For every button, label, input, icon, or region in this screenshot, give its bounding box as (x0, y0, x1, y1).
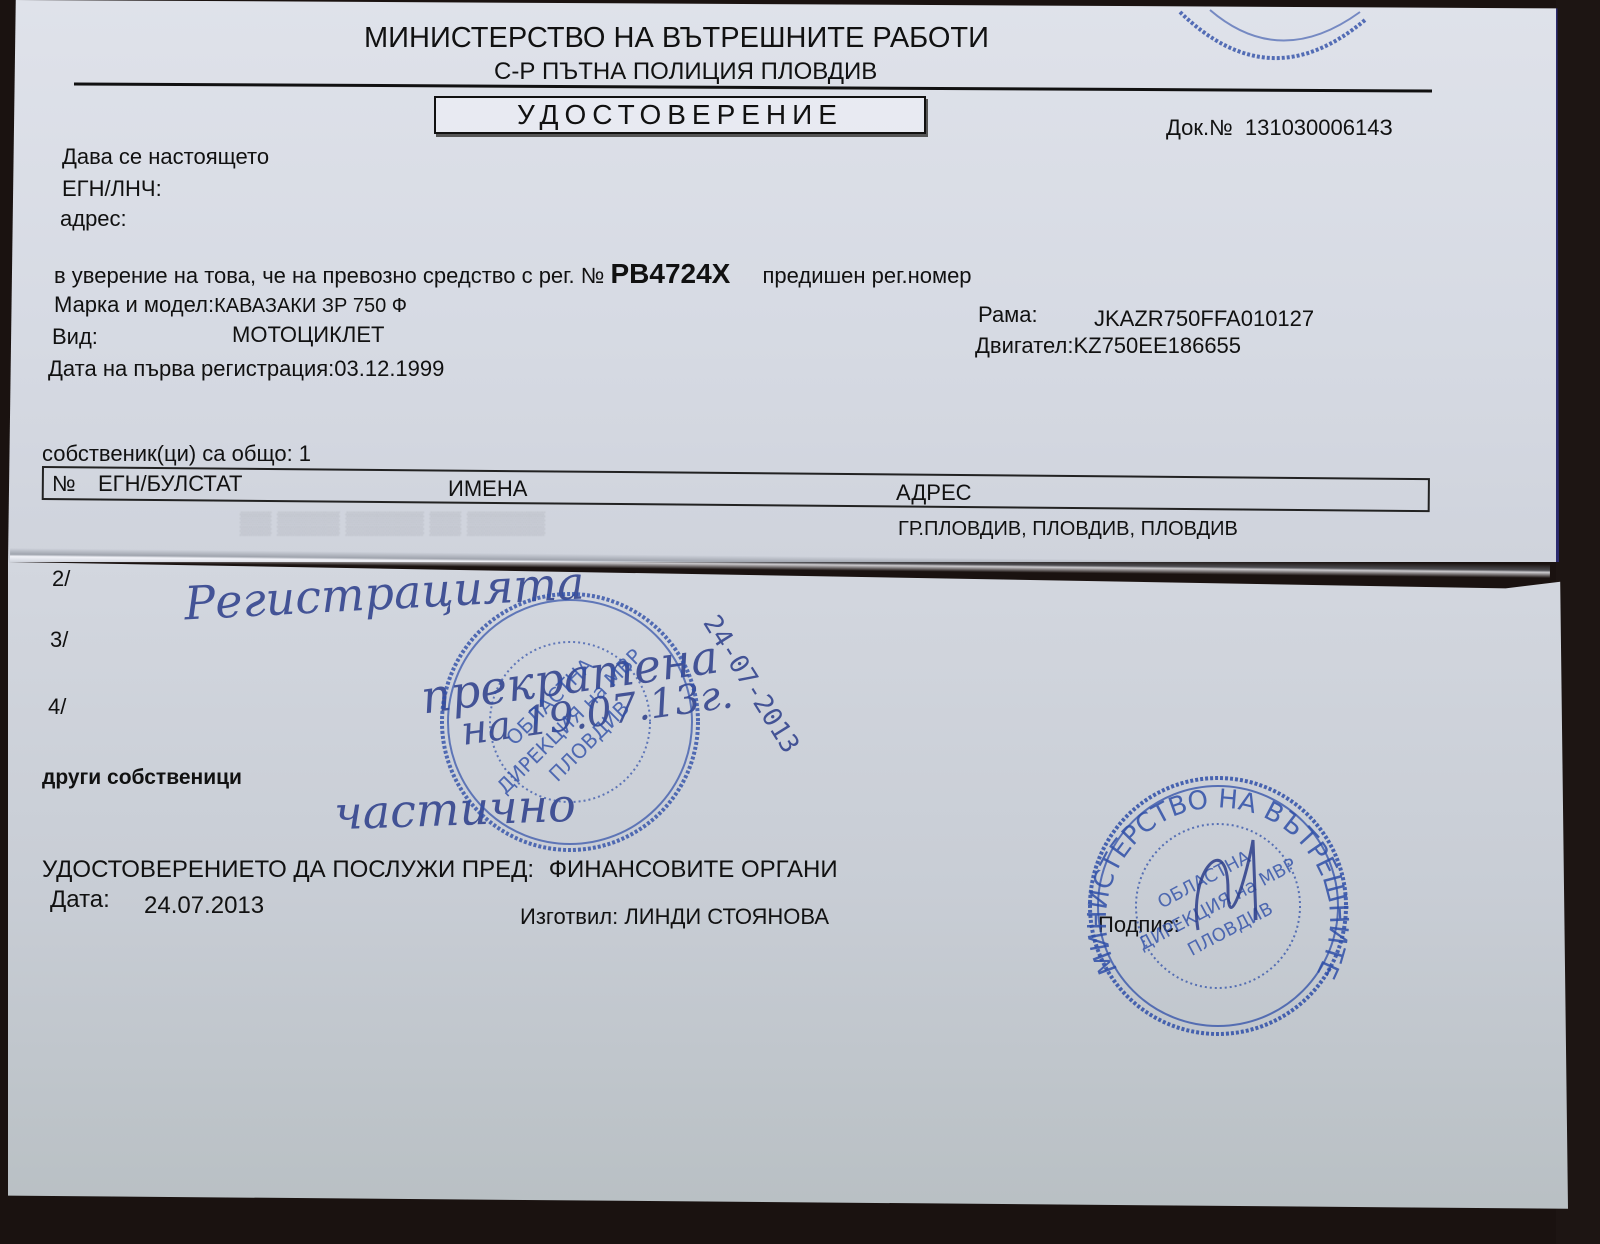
holder-given-label: Дава се настоящето (62, 144, 269, 170)
redacted-owner-data: ▒▒ ▒▒▒▒ ▒▒▒▒▒ ▒▒ ▒▒▒▒▒ (240, 510, 545, 536)
holder-egn-label: ЕГН/ЛНЧ: (62, 176, 162, 202)
official-seal-middle: ОБЛАСТНА ДИРЕКЦИЯ на МВР ПЛОВДИВ (430, 582, 710, 862)
owner-row-2: 2/ (52, 566, 70, 592)
prepared-by-row: Изготвил: ЛИНДИ СТОЯНОВА (520, 904, 829, 930)
vehicle-statement: в уверение на това, че на превозно средс… (54, 258, 972, 290)
make-model-row: Марка и модел:КАВАЗАКИ ЗР 750 Ф (54, 292, 407, 318)
owner-row-3: 3/ (50, 627, 68, 653)
frame-value: JKAZR750FFA010127 (1094, 306, 1314, 332)
owner-row-4: 4/ (48, 694, 66, 720)
prepared-by-label: Изготвил: (520, 904, 618, 929)
official-seal-signature: МИНИСТЕРСТВО НА ВЪТРЕШНИТЕ РАБОТИ ОБЛАСТ… (1078, 770, 1358, 1040)
statement-prefix: в уверение на това, че на превозно средс… (54, 263, 604, 288)
partial-seal-top (1170, 0, 1370, 70)
first-registration-value: 03.12.1999 (334, 356, 444, 381)
date-value: 24.07.2013 (144, 892, 264, 920)
department-heading: С-Р ПЪТНА ПОЛИЦИЯ ПЛОВДИВ (494, 58, 877, 86)
ministry-heading: МИНИСТЕРСТВО НА ВЪТРЕШНИТЕ РАБОТИ (364, 22, 989, 55)
make-value: КАВАЗАКИ ЗР 750 Ф (214, 295, 407, 317)
doc-number-label: Док.№ 13103000614З (1166, 115, 1393, 141)
doc-number-prefix: Док.№ (1166, 115, 1233, 140)
prepared-by-value: ЛИНДИ СТОЯНОВА (624, 904, 829, 929)
col-number: № (52, 471, 76, 497)
col-egn: ЕГН/БУЛСТАТ (98, 471, 242, 497)
owner-1-address: ГР.ПЛОВДИВ, ПЛОВДИВ, ПЛОВДИВ (898, 518, 1238, 541)
type-value: МОТОЦИКЛЕТ (232, 322, 384, 348)
holder-address-label: адрес: (60, 206, 127, 232)
other-owners-label: други собственици (42, 766, 242, 790)
engine-label: Двигател: (975, 333, 1073, 358)
type-label: Вид: (52, 324, 98, 350)
engine-value: KZ750EE186655 (1073, 333, 1241, 358)
owners-count: собственик(ци) са общо: 1 (42, 441, 311, 467)
frame-label: Рама: (978, 302, 1038, 328)
col-address: АДРЕС (896, 480, 972, 506)
registration-number: PB4724X (610, 258, 730, 289)
statement-suffix: предишен рег.номер (762, 263, 971, 288)
engine-row: Двигател:KZ750EE186655 (975, 333, 1241, 359)
document-title: УДОСТОВЕРЕНИЕ (434, 96, 926, 134)
col-names: ИМЕНА (448, 476, 527, 502)
date-label: Дата: (50, 886, 110, 914)
first-registration-label: Дата на първа регистрация: (48, 356, 334, 381)
doc-number-value: 13103000614З (1245, 115, 1393, 140)
first-registration-row: Дата на първа регистрация:03.12.1999 (48, 356, 444, 382)
make-label: Марка и модел: (54, 292, 214, 317)
